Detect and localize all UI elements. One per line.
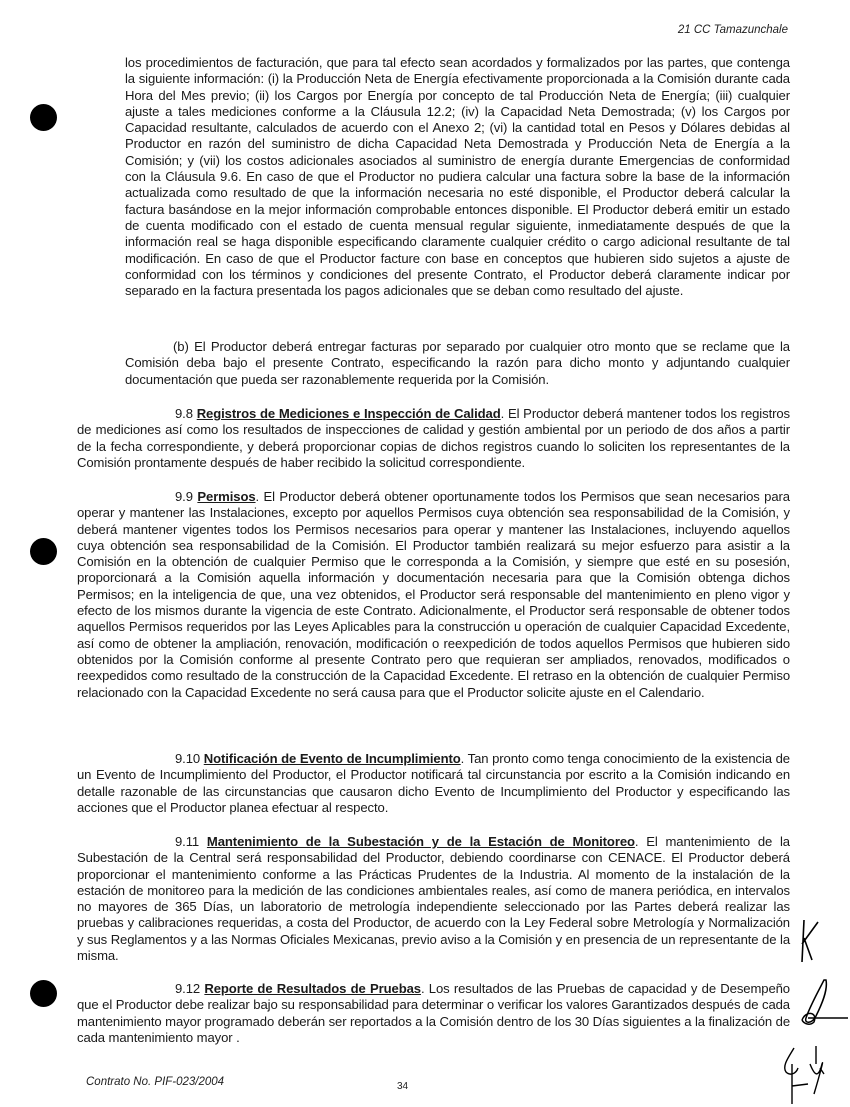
contract-number: Contrato No. PIF-023/2004 [86, 1076, 224, 1088]
paragraph-b-separate-invoices: (b) El Productor deberá entregar factura… [125, 339, 790, 388]
section-title: Notificación de Evento de Incumplimiento [204, 751, 461, 766]
section-9-11: 9.11 Mantenimiento de la Subestación y d… [77, 834, 790, 964]
signature-icon [798, 916, 828, 966]
section-number: 9.8 [175, 406, 193, 421]
section-number: 9.9 [175, 489, 193, 504]
hole-punch-icon [30, 538, 57, 565]
section-9-8: 9.8 Registros de Mediciones e Inspección… [77, 406, 790, 471]
signature-icon [780, 1044, 830, 1107]
section-title: Reporte de Resultados de Pruebas [204, 981, 421, 996]
section-9-12: 9.12 Reporte de Resultados de Pruebas. L… [77, 981, 790, 1046]
section-title: Permisos [197, 489, 255, 504]
section-body: . El Productor deberá obtener oportuname… [77, 489, 790, 700]
page-number: 34 [397, 1081, 408, 1092]
signature-icon [800, 978, 850, 1028]
section-title: Mantenimiento de la Subestación y de la … [207, 834, 635, 849]
section-number: 9.10 [175, 751, 200, 766]
section-number: 9.12 [175, 981, 200, 996]
section-number: 9.11 [175, 834, 199, 849]
hole-punch-icon [30, 104, 57, 131]
section-body: . El mantenimiento de la Subestación de … [77, 834, 790, 963]
page-header: 21 CC Tamazunchale [678, 24, 788, 36]
section-title: Registros de Mediciones e Inspección de … [197, 406, 501, 421]
section-9-9: 9.9 Permisos. El Productor deberá obtene… [77, 489, 790, 701]
paragraph-billing-continued: los procedimientos de facturación, que p… [125, 55, 790, 299]
section-9-10: 9.10 Notificación de Evento de Incumplim… [77, 751, 790, 816]
hole-punch-icon [30, 980, 57, 1007]
